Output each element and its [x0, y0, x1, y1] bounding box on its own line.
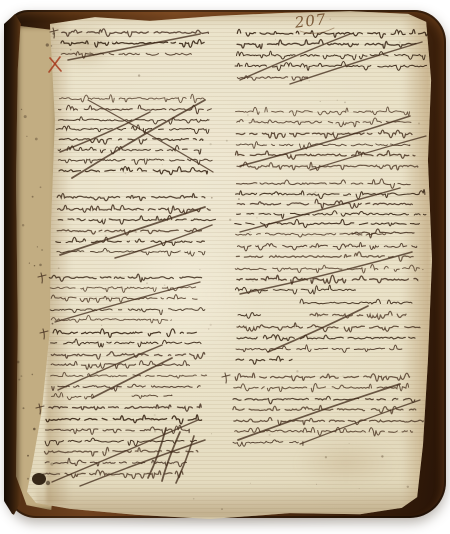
- handwriting-ink-layer: [0, 0, 450, 534]
- manuscript-photo: 207: [0, 0, 450, 534]
